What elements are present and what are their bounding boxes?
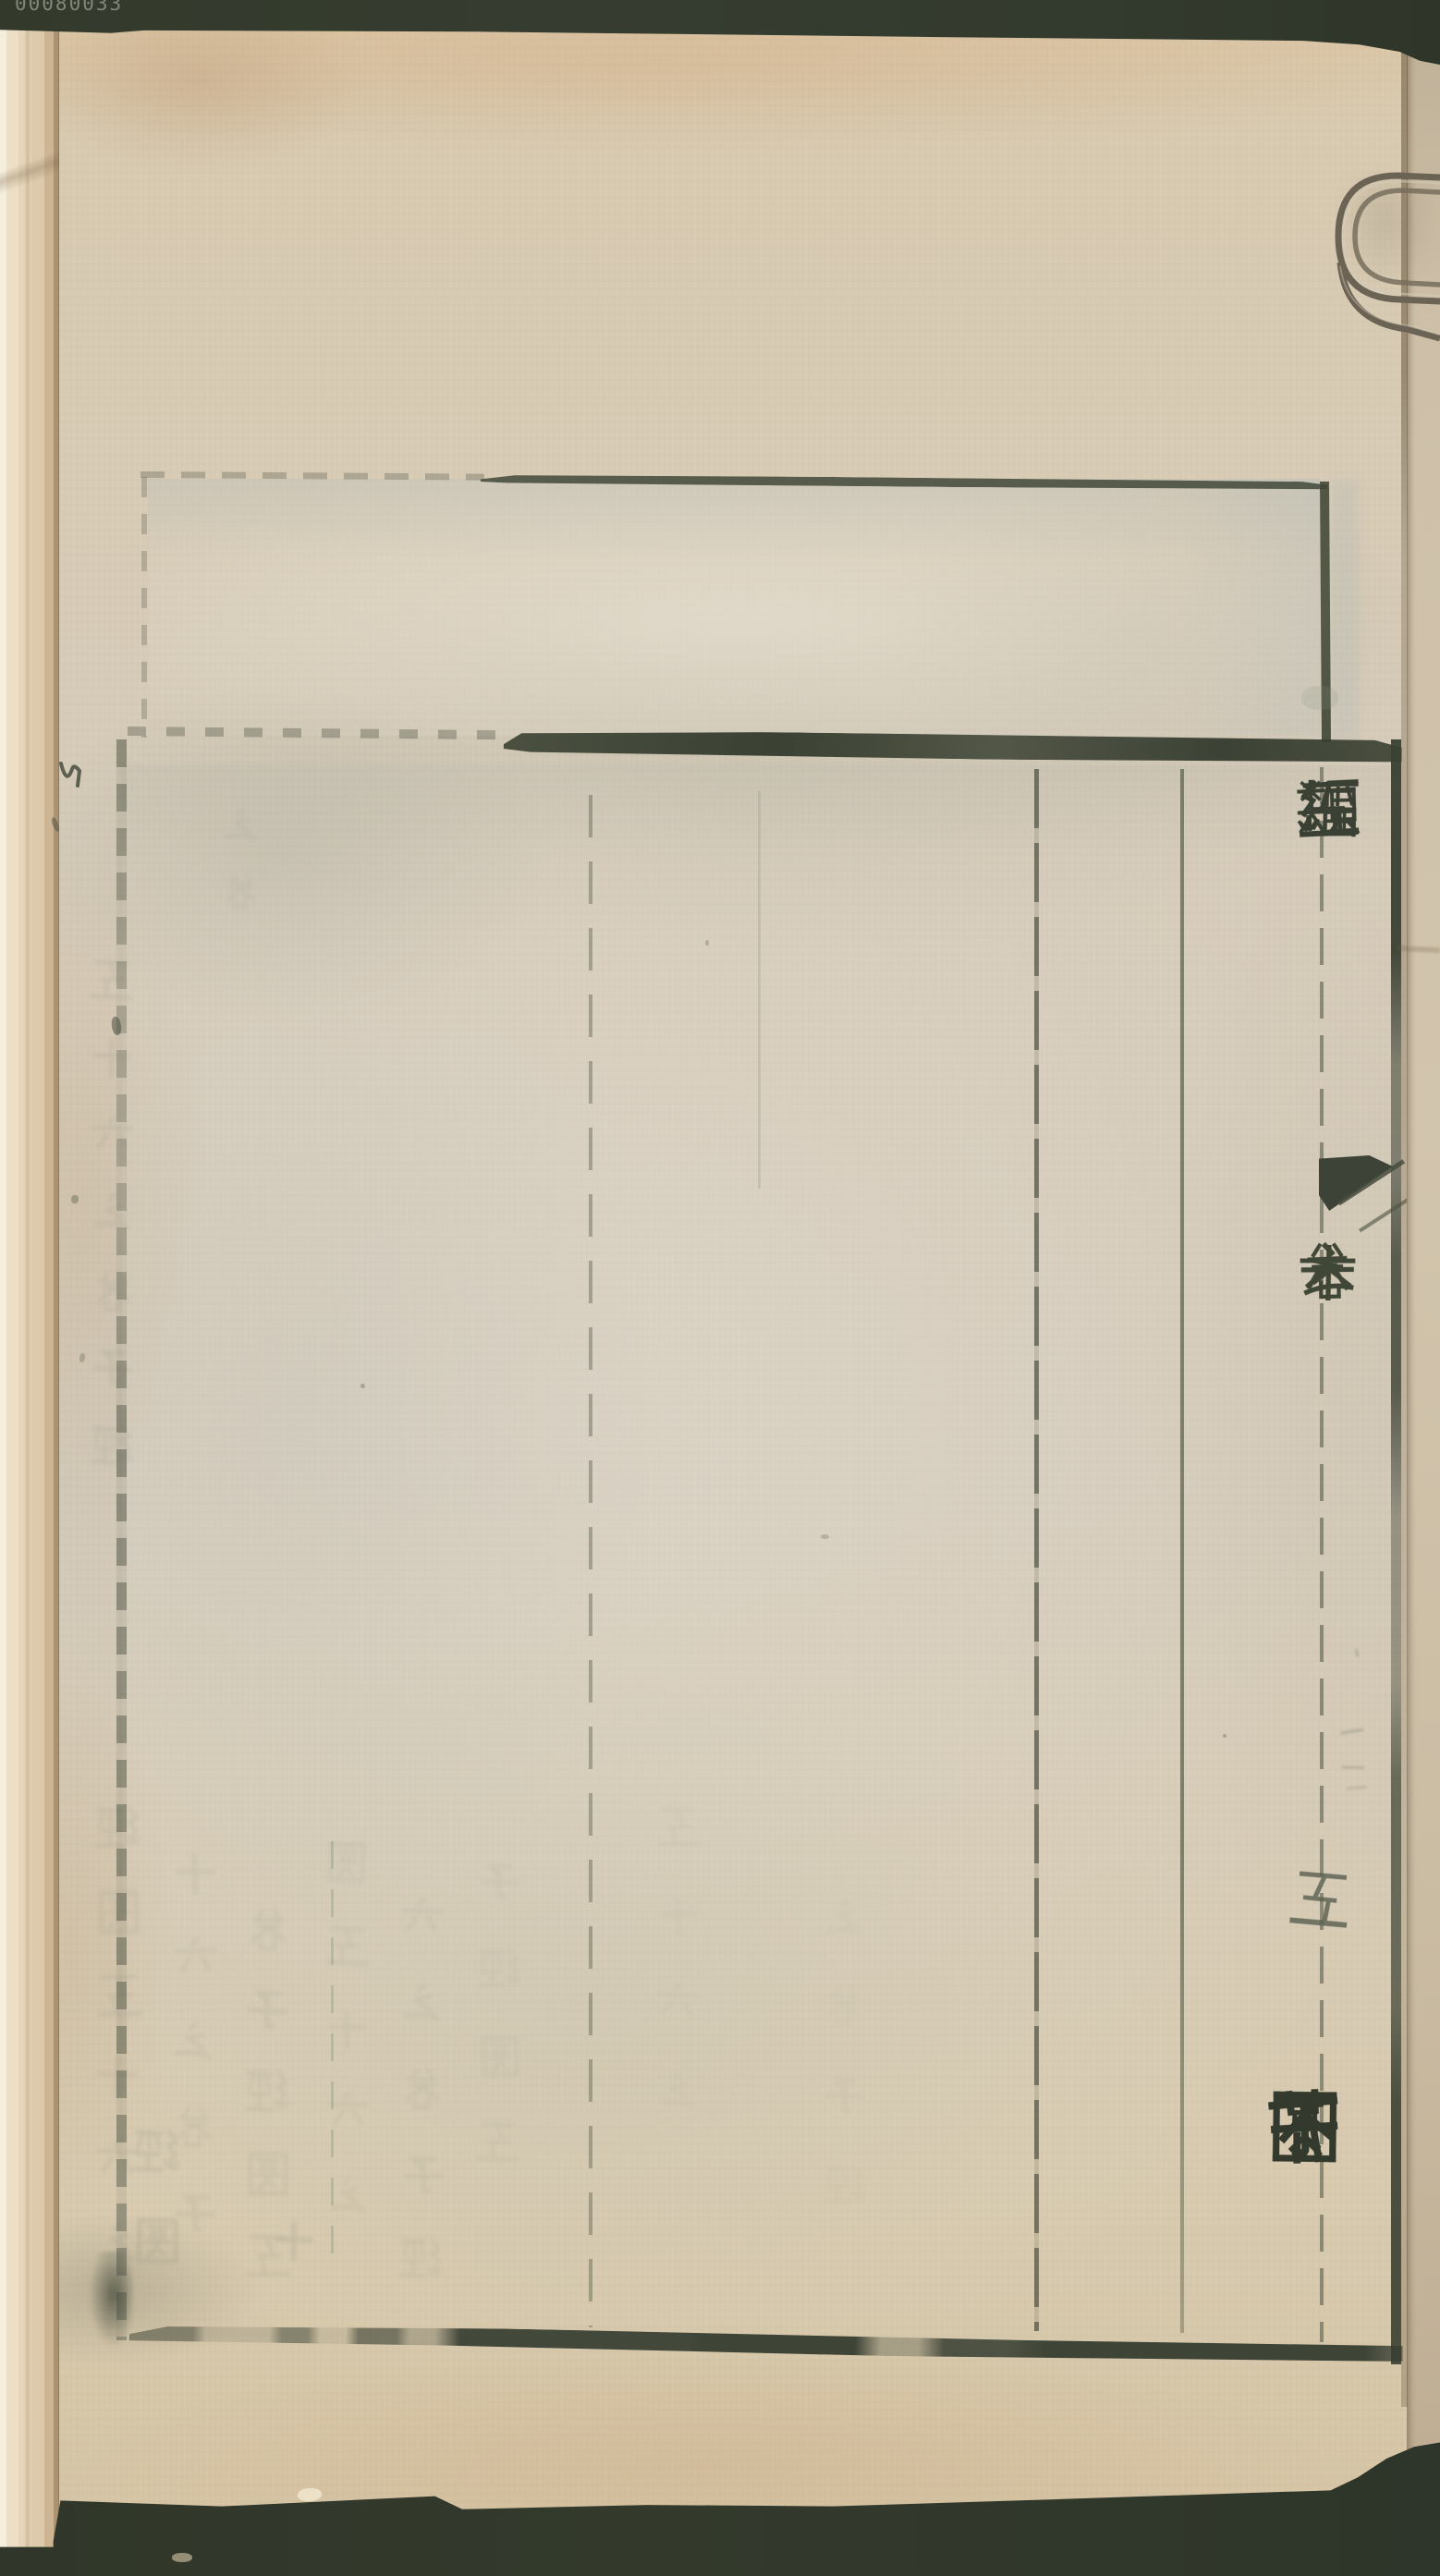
page-edge-crease [1401,41,1408,2407]
ink-speck [1223,1734,1226,1738]
ink-mark [57,758,85,797]
column-rule-center [589,795,592,2327]
page-fold-shadow [24,0,31,2576]
glyph-六 [1293,1234,1362,1311]
page-fold-crease [0,129,61,213]
frame-border-left-smear [89,2252,133,2348]
ink-speck [172,2553,192,2562]
column-rule-right-1 [1034,769,1039,2331]
ink-speck [71,1195,79,1203]
adjacent-page-edge [1407,37,1440,2453]
ink-speck [360,1384,365,1388]
scanned-book-photo: 00080033 [0,0,1440,2576]
column-rule-faint-upper [758,791,761,1189]
scan-id-text: 00080033 [15,0,190,14]
previous-page-edge [0,0,61,2576]
cartouche-border-left [141,477,147,738]
scan-id-digits: 00080033 [15,0,123,14]
frame-border-right [1391,739,1401,2364]
ink-speck [821,1534,829,1539]
glyph-五 [1284,1862,1357,1936]
paper-clip [1325,163,1440,359]
glyph-編 [1293,772,1363,846]
cartouche-interior [148,479,1320,736]
ink-speck [705,940,709,946]
frame-border-left [116,739,127,2340]
ink-speck [1301,686,1338,710]
glyph-園 [1262,2084,1348,2168]
column-rule-faint-lower [331,1841,334,2274]
column-rule-right-2 [1180,769,1184,2333]
